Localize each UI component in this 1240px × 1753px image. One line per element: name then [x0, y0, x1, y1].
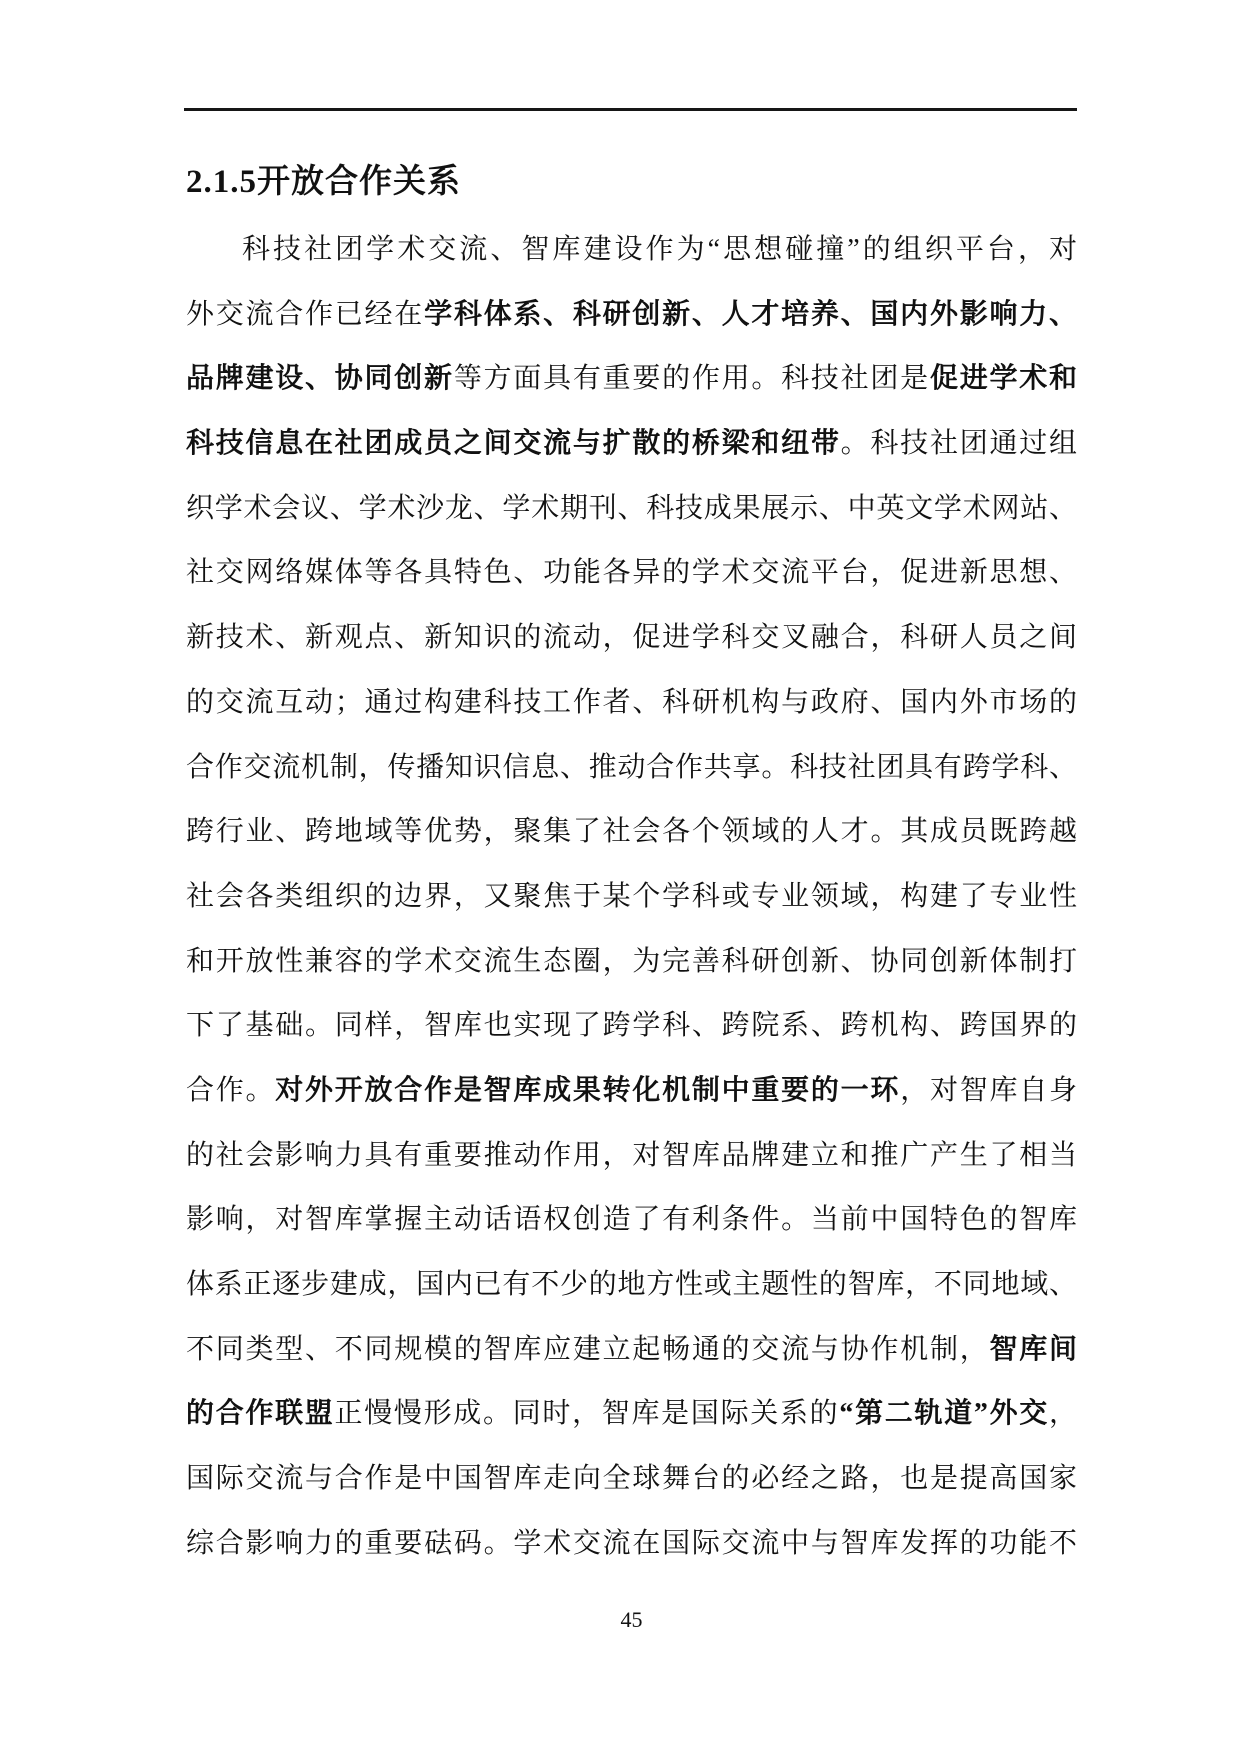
text-segment: ，	[1049, 1398, 1077, 1429]
text-line: 社会各类组织的边界，又聚焦于某个学科或专业领域，构建了专业性	[186, 865, 1077, 930]
bold-text-segment: “第二轨道”外交	[839, 1398, 1049, 1429]
text-segment: 的社会影响力具有重要推动作用，对智库品牌建立和推广产生了相当	[186, 1140, 1077, 1171]
text-segment: ，对智库自身	[900, 1075, 1077, 1106]
text-segment: 织学术会议、学术沙龙、学术期刊、科技成果展示、中英文学术网站、	[186, 493, 1077, 524]
bold-text-segment: 促进学术和	[930, 363, 1077, 394]
text-line: 国际交流与合作是中国智库走向全球舞台的必经之路，也是提高国家	[186, 1447, 1077, 1512]
text-segment: 下了基础。同样，智库也实现了跨学科、跨院系、跨机构、跨国界的	[186, 1010, 1077, 1041]
text-segment: 合作。	[186, 1075, 275, 1106]
text-line: 新技术、新观点、新知识的流动，促进学科交叉融合，科研人员之间	[186, 606, 1077, 671]
text-segment: 合作交流机制，传播知识信息、推动合作共享。科技社团具有跨学科、	[186, 752, 1077, 783]
paragraph: 科技社团学术交流、智库建设作为“思想碰撞”的组织平台，对外交流合作已经在学科体系…	[186, 218, 1077, 1576]
bold-text-segment: 智库间	[989, 1334, 1077, 1365]
text-segment: 等方面具有重要的作用。科技社团是	[454, 363, 930, 394]
text-segment: 不同类型、不同规模的智库应建立起畅通的交流与协作机制，	[186, 1334, 989, 1365]
text-segment: 和开放性兼容的学术交流生态圈，为完善科研创新、协同创新体制打	[186, 946, 1077, 977]
text-line: 体系正逐步建成，国内已有不少的地方性或主题性的智库，不同地域、	[186, 1253, 1077, 1318]
text-line: 科技信息在社团成员之间交流与扩散的桥梁和纽带。科技社团通过组	[186, 412, 1077, 477]
text-line: 外交流合作已经在学科体系、科研创新、人才培养、国内外影响力、	[186, 283, 1077, 348]
bold-text-segment: 品牌建设、协同创新	[186, 363, 454, 394]
text-segment: 社交网络媒体等各具特色、功能各异的学术交流平台，促进新思想、	[186, 557, 1077, 588]
text-line: 织学术会议、学术沙龙、学术期刊、科技成果展示、中英文学术网站、	[186, 477, 1077, 542]
header-rule	[184, 108, 1077, 111]
text-line: 品牌建设、协同创新等方面具有重要的作用。科技社团是促进学术和	[186, 347, 1077, 412]
text-line: 影响，对智库掌握主动话语权创造了有利条件。当前中国特色的智库	[186, 1188, 1077, 1253]
text-segment: 正慢慢形成。同时，智库是国际关系的	[335, 1398, 840, 1429]
text-segment: 新技术、新观点、新知识的流动，促进学科交叉融合，科研人员之间	[186, 622, 1077, 653]
text-segment: 外交流合作已经在	[186, 299, 424, 330]
text-segment: 的交流互动；通过构建科技工作者、科研机构与政府、国内外市场的	[186, 687, 1077, 718]
bold-text-segment: 学科体系、科研创新、人才培养、国内外影响力、	[424, 299, 1077, 330]
text-line: 合作交流机制，传播知识信息、推动合作共享。科技社团具有跨学科、	[186, 736, 1077, 801]
document-page: 2.1.5开放合作关系 科技社团学术交流、智库建设作为“思想碰撞”的组织平台，对…	[0, 0, 1240, 1753]
text-line: 科技社团学术交流、智库建设作为“思想碰撞”的组织平台，对	[186, 218, 1077, 283]
text-line: 和开放性兼容的学术交流生态圈，为完善科研创新、协同创新体制打	[186, 930, 1077, 995]
bold-text-segment: 对外开放合作是智库成果转化机制中重要的一环	[275, 1075, 900, 1106]
text-line: 下了基础。同样，智库也实现了跨学科、跨院系、跨机构、跨国界的	[186, 994, 1077, 1059]
text-segment: 社会各类组织的边界，又聚焦于某个学科或专业领域，构建了专业性	[186, 881, 1077, 912]
text-line: 的合作联盟正慢慢形成。同时，智库是国际关系的“第二轨道”外交，	[186, 1382, 1077, 1447]
text-line: 的交流互动；通过构建科技工作者、科研机构与政府、国内外市场的	[186, 671, 1077, 736]
text-line: 合作。对外开放合作是智库成果转化机制中重要的一环，对智库自身	[186, 1059, 1077, 1124]
text-segment: 科技社团学术交流、智库建设作为“思想碰撞”的组织平台，对	[242, 234, 1077, 265]
text-segment: 综合影响力的重要砝码。学术交流在国际交流中与智库发挥的功能不	[186, 1528, 1077, 1559]
text-line: 社交网络媒体等各具特色、功能各异的学术交流平台，促进新思想、	[186, 541, 1077, 606]
bold-text-segment: 的合作联盟	[186, 1398, 335, 1429]
text-segment: 国际交流与合作是中国智库走向全球舞台的必经之路，也是提高国家	[186, 1463, 1077, 1494]
text-line: 综合影响力的重要砝码。学术交流在国际交流中与智库发挥的功能不	[186, 1512, 1077, 1577]
section-heading: 2.1.5开放合作关系	[186, 160, 1077, 204]
text-segment: 跨行业、跨地域等优势，聚集了社会各个领域的人才。其成员既跨越	[186, 816, 1077, 847]
text-line: 跨行业、跨地域等优势，聚集了社会各个领域的人才。其成员既跨越	[186, 800, 1077, 865]
bold-text-segment: 科技信息在社团成员之间交流与扩散的桥梁和纽带	[186, 428, 841, 459]
text-segment: 体系正逐步建成，国内已有不少的地方性或主题性的智库，不同地域、	[186, 1269, 1077, 1300]
text-line: 不同类型、不同规模的智库应建立起畅通的交流与协作机制，智库间	[186, 1318, 1077, 1383]
text-segment: 。科技社团通过组	[841, 428, 1077, 459]
page-number: 45	[186, 1602, 1077, 1638]
text-segment: 影响，对智库掌握主动话语权创造了有利条件。当前中国特色的智库	[186, 1204, 1077, 1235]
text-line: 的社会影响力具有重要推动作用，对智库品牌建立和推广产生了相当	[186, 1124, 1077, 1189]
